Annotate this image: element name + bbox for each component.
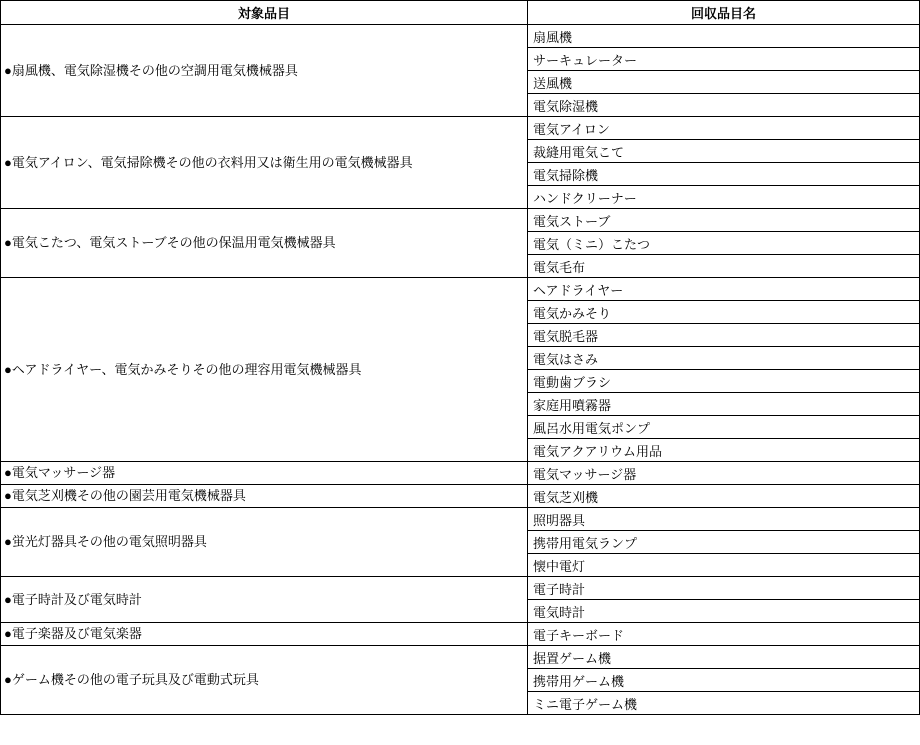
collected-item-cell: 裁縫用電気こて [528,140,920,163]
table-body: ●扇風機、電気除湿機その他の空調用電気機械器具扇風機サーキュレーター送風機電気除… [1,25,920,715]
table-row: ●電気マッサージ器電気マッサージ器 [1,462,920,485]
header-row: 対象品目 回収品目名 [1,1,920,25]
collected-item-cell: 電気掃除機 [528,163,920,186]
page: 対象品目 回収品目名 ●扇風機、電気除湿機その他の空調用電気機械器具扇風機サーキ… [0,0,920,745]
collected-item-cell: 電気かみそり [528,301,920,324]
collected-item-cell: 電動歯ブラシ [528,370,920,393]
collected-item-cell: 風呂水用電気ポンプ [528,416,920,439]
table-row: ●電気こたつ、電気ストーブその他の保温用電気機械器具電気ストーブ [1,209,920,232]
target-item-cell: ●扇風機、電気除湿機その他の空調用電気機械器具 [1,25,528,117]
target-item-cell: ●電子時計及び電気時計 [1,577,528,623]
collected-item-cell: 電子時計 [528,577,920,600]
collected-item-cell: 携帯用ゲーム機 [528,669,920,692]
column-header-target-items: 対象品目 [1,1,528,25]
collected-item-cell: サーキュレーター [528,48,920,71]
target-item-cell: ●電気マッサージ器 [1,462,528,485]
target-item-cell: ●ゲーム機その他の電子玩具及び電動式玩具 [1,646,528,715]
table-row: ●ヘアドライヤー、電気かみそりその他の理容用電気機械器具ヘアドライヤー [1,278,920,301]
table-row: ●扇風機、電気除湿機その他の空調用電気機械器具扇風機 [1,25,920,48]
target-item-cell: ●蛍光灯器具その他の電気照明器具 [1,508,528,577]
collected-item-cell: 据置ゲーム機 [528,646,920,669]
collected-item-cell: 電気除湿機 [528,94,920,117]
recyclable-items-table: 対象品目 回収品目名 ●扇風機、電気除湿機その他の空調用電気機械器具扇風機サーキ… [0,0,920,715]
collected-item-cell: 電気脱毛器 [528,324,920,347]
table-row: ●蛍光灯器具その他の電気照明器具照明器具 [1,508,920,531]
table-row: ●ゲーム機その他の電子玩具及び電動式玩具据置ゲーム機 [1,646,920,669]
collected-item-cell: 電気マッサージ器 [528,462,920,485]
collected-item-cell: 扇風機 [528,25,920,48]
collected-item-cell: ハンドクリーナー [528,186,920,209]
collected-item-cell: ミニ電子ゲーム機 [528,692,920,715]
target-item-cell: ●電気アイロン、電気掃除機その他の衣料用又は衛生用の電気機械器具 [1,117,528,209]
collected-item-cell: 電気（ミニ）こたつ [528,232,920,255]
collected-item-cell: 電気時計 [528,600,920,623]
column-header-collected-item-names: 回収品目名 [528,1,920,25]
collected-item-cell: 電子キーボード [528,623,920,646]
collected-item-cell: 電気ストーブ [528,209,920,232]
target-item-cell: ●ヘアドライヤー、電気かみそりその他の理容用電気機械器具 [1,278,528,462]
collected-item-cell: 照明器具 [528,508,920,531]
collected-item-cell: 送風機 [528,71,920,94]
collected-item-cell: 家庭用噴霧器 [528,393,920,416]
collected-item-cell: ヘアドライヤー [528,278,920,301]
collected-item-cell: 電気アクアリウム用品 [528,439,920,462]
collected-item-cell: 電気芝刈機 [528,485,920,508]
collected-item-cell: 携帯用電気ランプ [528,531,920,554]
target-item-cell: ●電気芝刈機その他の園芸用電気機械器具 [1,485,528,508]
collected-item-cell: 電気アイロン [528,117,920,140]
collected-item-cell: 懐中電灯 [528,554,920,577]
target-item-cell: ●電気こたつ、電気ストーブその他の保温用電気機械器具 [1,209,528,278]
table-row: ●電子楽器及び電気楽器電子キーボード [1,623,920,646]
collected-item-cell: 電気はさみ [528,347,920,370]
collected-item-cell: 電気毛布 [528,255,920,278]
table-row: ●電気芝刈機その他の園芸用電気機械器具電気芝刈機 [1,485,920,508]
table-row: ●電気アイロン、電気掃除機その他の衣料用又は衛生用の電気機械器具電気アイロン [1,117,920,140]
table-row: ●電子時計及び電気時計電子時計 [1,577,920,600]
target-item-cell: ●電子楽器及び電気楽器 [1,623,528,646]
